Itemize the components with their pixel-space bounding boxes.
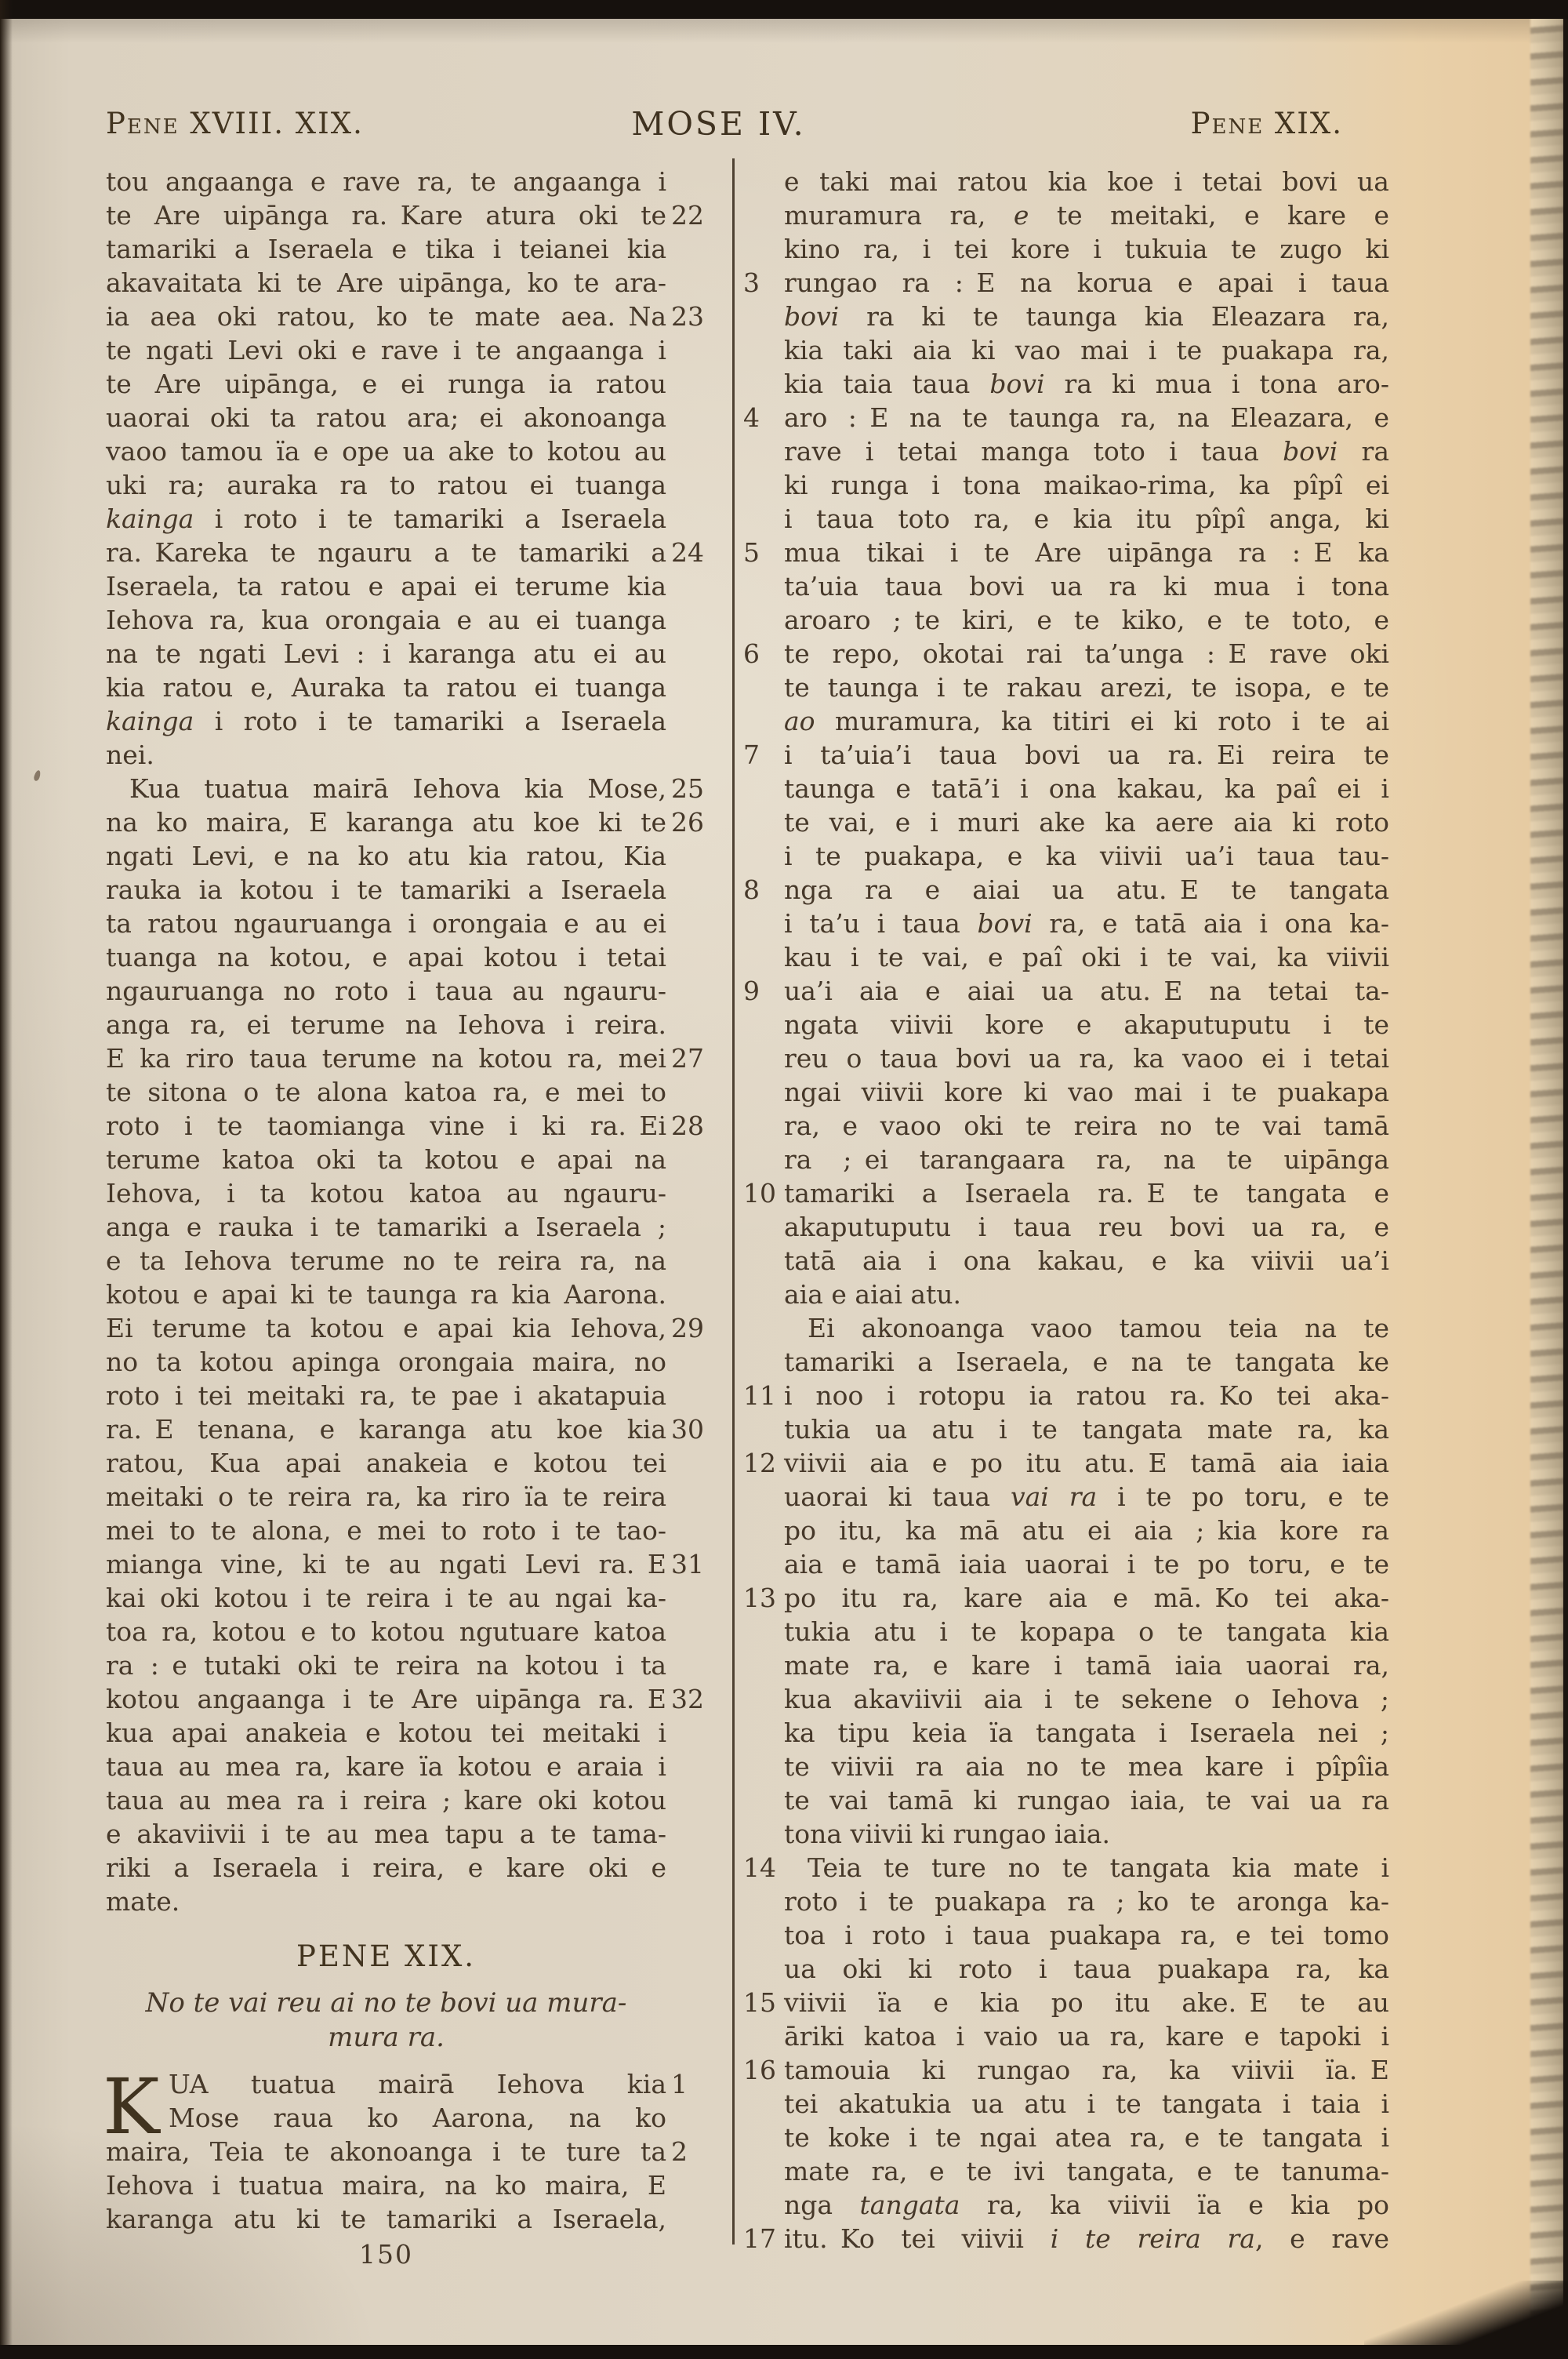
verse-line: kau i te vai, e paî oki i te vai, ka vii… — [784, 940, 1389, 974]
column-divider — [732, 158, 735, 2245]
verse-line: 23ia aea oki ratou, ko te mate aea. Na — [106, 300, 666, 333]
verse-line: ta ratou ngauruanga i orongaia e au ei — [106, 907, 666, 940]
verse-number: 27 — [671, 1041, 717, 1075]
verse-text: tamariki a Iseraela, e na te tangata ke — [784, 1347, 1389, 1377]
verse-text: aroaro ; te kiri, e te kiko, e te toto, … — [784, 605, 1389, 635]
verse-text: terume katoa oki ta kotou e apai na — [106, 1144, 666, 1175]
verse-line: e taki mai ratou kia koe i tetai bovi ua — [784, 165, 1389, 198]
verse-line: āriki katoa i vaio ua ra, kare e tapoki … — [784, 2019, 1389, 2053]
verse-line: karanga atu ki te tamariki a Iseraela, — [106, 2202, 666, 2236]
verse-line: 31mianga vine, ki te au ngati Levi ra. E — [106, 1547, 666, 1581]
verse-number: 15 — [743, 1986, 781, 2019]
verse-number: 31 — [671, 1547, 717, 1581]
verse-text: i ta’uia’i taua bovi ua ra. Ei reira te — [784, 740, 1389, 770]
verse-line: 8nga ra e aiai ua atu. E te tangata — [784, 873, 1389, 907]
verse-line: 12viivii aia e po itu atu. E tamā aia ia… — [784, 1446, 1389, 1480]
verse-text: rave i tetai manga toto i taua bovi ra — [784, 436, 1389, 467]
verse-text: kai oki kotou i te reira i te au ngai ka… — [106, 1583, 666, 1613]
verse-text: ra. Kareka te ngauru a te tamariki a — [106, 537, 666, 568]
verse-text: ki runga i tona maikao-rima, ka pîpî ei — [784, 470, 1389, 500]
verse-text: Iehova, i ta kotou katoa au ngauru- — [106, 1178, 666, 1209]
verse-text: toa ra, kotou e to kotou ngutuare katoa — [106, 1616, 666, 1647]
verse-text: akaputuputu i taua reu bovi ua ra, e — [784, 1212, 1389, 1242]
verse-text: tamouia ki rungao ra, ka viivii ïa. E — [784, 2055, 1389, 2085]
verse-line: bovi ra ki te taunga kia Eleazara ra, — [784, 300, 1389, 333]
verse-text: ta’uia taua bovi ua ra ki mua i tona — [784, 571, 1389, 602]
verse-text: anga ra, ei terume na Iehova i reira. — [106, 1009, 666, 1040]
verse-line: tamariki a Iseraela e tika i teianei kia — [106, 232, 666, 266]
verse-text: tukia ua atu i te tangata mate ra, ka — [784, 1414, 1389, 1445]
verse-line: Iehova ra, kua orongaia e au ei tuanga — [106, 603, 666, 637]
verse-number: 13 — [743, 1581, 781, 1615]
verse-line: 11i noo i rotopu ia ratou ra. Ko tei aka… — [784, 1379, 1389, 1412]
verse-line: 27E ka riro taua terume na kotou ra, mei — [106, 1041, 666, 1075]
verse-line: kino ra, i tei kore i tukuia te zugo ki — [784, 232, 1389, 266]
drop-cap-lines: 1UA tuatua mairā Iehova kiaMose raua ko … — [106, 2067, 666, 2236]
verse-line: riki a Iseraela i reira, e kare oki e — [106, 1851, 666, 1885]
right-column: e taki mai ratou kia koe i tetai bovi ua… — [784, 165, 1389, 2255]
chapter-heading: PENE XIX. — [106, 1937, 666, 1976]
verse-text: ngauruanga no roto i taua au ngauru- — [106, 976, 666, 1006]
verse-line: 32kotou angaanga i te Are uipānga ra. E — [106, 1682, 666, 1716]
verse-text: Kua tuatua mairā Iehova kia Mose, — [129, 773, 666, 804]
verse-text: te ngati Levi oki e rave i te angaanga i — [106, 335, 666, 365]
verse-text: aia e tamā iaia uaorai i te po toru, e t… — [784, 1549, 1389, 1579]
verse-number: 14 — [743, 1851, 781, 1885]
verse-text: kotou angaanga i te Are uipānga ra. E — [106, 1684, 666, 1714]
verse-text: ra ; ei tarangaara ra, na te uipānga — [784, 1144, 1389, 1175]
verse-text: Iehova i tuatua maira, na ko maira, E — [106, 2170, 666, 2201]
verse-line: 4aro : E na te taunga ra, na Eleazara, e — [784, 401, 1389, 434]
verse-text: i noo i rotopu ia ratou ra. Ko tei aka- — [784, 1380, 1389, 1411]
verse-line: Iseraela, ta ratou e apai ei terume kia — [106, 569, 666, 603]
verse-text: mate ra, e kare i tamā iaia uaorai ra, — [784, 1650, 1389, 1681]
verse-text: taunga e tatā’i i ona kakau, ka paî ei i — [784, 773, 1389, 804]
verse-text: uaorai ki taua vai ra i te po toru, e te — [784, 1481, 1389, 1512]
verse-text: Iehova ra, kua orongaia e au ei tuanga — [106, 605, 666, 635]
verse-text: aro : E na te taunga ra, na Eleazara, e — [784, 402, 1389, 433]
verse-line: ngauruanga no roto i taua au ngauru- — [106, 974, 666, 1008]
verse-number: 24 — [671, 536, 717, 569]
verse-line: roto i tei meitaki ra, te pae i akatapui… — [106, 1379, 666, 1412]
verse-line: Mose raua ko Aarona, na ko — [106, 2101, 666, 2135]
verse-text: te vai, e i muri ake ka aere aia ki roto — [784, 807, 1389, 838]
verse-number: 26 — [671, 805, 717, 839]
verse-text: mate. — [106, 1886, 180, 1917]
verse-text: mei to te alona, e mei to roto i te tao- — [106, 1515, 666, 1546]
verse-text: e ta Iehova terume no te reira ra, na — [106, 1245, 666, 1276]
verse-text: kainga i roto i te tamariki a Iseraela — [106, 706, 666, 736]
verse-text: roto i te puakapa ra ; ko te aronga ka- — [784, 1886, 1389, 1917]
verse-number: 30 — [671, 1412, 717, 1446]
right-column-verses: e taki mai ratou kia koe i tetai bovi ua… — [784, 165, 1389, 2255]
running-head-left: Pene XVIII. XIX. — [106, 104, 364, 144]
verse-line: taua au mea ra i reira ; kare oki kotou — [106, 1783, 666, 1817]
verse-number: 2 — [671, 2135, 717, 2168]
verse-text: tei akatukia ua atu i te tangata i taia … — [784, 2088, 1389, 2119]
verse-line: po itu, ka mā atu ei aia ; kia kore ra — [784, 1514, 1389, 1547]
verse-text: meitaki o te reira ra, ka riro ïa te rei… — [106, 1481, 666, 1512]
verse-line: te vai tamā ki rungao iaia, te vai ua ra — [784, 1783, 1389, 1817]
verse-text: nga ra e aiai ua atu. E te tangata — [784, 874, 1389, 905]
verse-line: i ta’u i taua bovi ra, e tatā aia i ona … — [784, 907, 1389, 940]
verse-number: 5 — [743, 536, 781, 569]
verse-text: nei. — [106, 740, 154, 770]
verse-line: no ta kotou apinga orongaia maira, no — [106, 1345, 666, 1379]
verse-line: mate. — [106, 1885, 666, 1918]
verse-text: tamariki a Iseraela ra. E te tangata e — [784, 1178, 1389, 1209]
book-fore-edge — [1530, 17, 1568, 2343]
verse-text: vaoo tamou ïa e ope ua ake to kotou au — [106, 436, 666, 467]
verse-line: terume katoa oki ta kotou e apai na — [106, 1143, 666, 1176]
verse-line: ki runga i tona maikao-rima, ka pîpî ei — [784, 468, 1389, 502]
verse-text: nga tangata ra, ka viivii ïa e kia po — [784, 2190, 1389, 2220]
verse-text: ia aea oki ratou, ko te mate aea. Na — [106, 301, 666, 332]
verse-line: Ei akonoanga vaoo tamou teia na te — [784, 1311, 1389, 1345]
verse-text: i te puakapa, e ka viivii ua’i taua tau- — [784, 841, 1389, 871]
page-number: 150 — [106, 2237, 666, 2271]
verse-number: 8 — [743, 873, 781, 907]
photo-border-right — [1563, 0, 1568, 2359]
verse-line: ao muramura, ka titiri ei ki roto i te a… — [784, 704, 1389, 738]
verse-line: 13po itu ra, kare aia e mā. Ko tei aka- — [784, 1581, 1389, 1615]
verse-line: ta’uia taua bovi ua ra ki mua i tona — [784, 569, 1389, 603]
left-column: tou angaanga e rave ra, te angaanga i22t… — [106, 165, 666, 2271]
verse-text: uaorai oki ta ratou ara; ei akonoanga — [106, 402, 666, 433]
verse-text: te Are uipānga, e ei runga ia ratou — [106, 369, 666, 399]
verse-line: 6te repo, okotai rai ta’unga : E rave ok… — [784, 637, 1389, 671]
verse-text: Ei terume ta kotou e apai kia Iehova, — [106, 1313, 666, 1343]
verse-text: Iseraela, ta ratou e apai ei terume kia — [106, 571, 666, 602]
verse-line: kainga i roto i te tamariki a Iseraela — [106, 502, 666, 536]
verse-line: mate ra, e kare i tamā iaia uaorai ra, — [784, 1648, 1389, 1682]
verse-text: tona viivii ki rungao iaia. — [784, 1819, 1110, 1849]
verse-line: ngai viivii kore ki vao mai i te puakapa — [784, 1075, 1389, 1109]
verse-line: ratou, Kua apai anakeia e kotou tei — [106, 1446, 666, 1480]
verse-text: tatā aia i ona kakau, e ka viivii ua’i — [784, 1245, 1389, 1276]
verse-text: i taua toto ra, e kia itu pîpî anga, ki — [784, 503, 1389, 534]
verse-text: taua au mea ra i reira ; kare oki kotou — [106, 1785, 666, 1816]
verse-line: ngati Levi, e na ko atu kia ratou, Kia — [106, 839, 666, 873]
verse-line: tei akatukia ua atu i te tangata i taia … — [784, 2087, 1389, 2121]
verse-number: 16 — [743, 2053, 781, 2087]
book-photo: Pene XVIII. XIX. MOSE IV. Pene XIX. tou … — [0, 0, 1568, 2359]
verse-line: 30ra. E tenana, e karanga atu koe kia — [106, 1412, 666, 1446]
verse-text: kainga i roto i te tamariki a Iseraela — [106, 503, 666, 534]
verse-line: 3rungao ra : E na korua e apai i taua — [784, 266, 1389, 300]
verse-line: ra, e vaoo oki te reira no te vai tamā — [784, 1109, 1389, 1143]
verse-line: anga e rauka i te tamariki a Iseraela ; — [106, 1210, 666, 1244]
verse-line: ngata viivii kore e akaputuputu i te — [784, 1008, 1389, 1041]
verse-line: meitaki o te reira ra, ka riro ïa te rei… — [106, 1480, 666, 1514]
verse-text: toa i roto i taua puakapa ra, e tei tomo — [784, 1920, 1389, 1950]
verse-text: kua akaviivii aia i te sekene o Iehova ; — [784, 1684, 1389, 1714]
chapter-summary-line: mura ra. — [106, 2020, 666, 2055]
verse-line: 17itu. Ko tei viivii i te reira ra, e ra… — [784, 2222, 1389, 2255]
verse-number: 12 — [743, 1446, 781, 1480]
verse-number: 1 — [671, 2067, 717, 2101]
verse-line: nei. — [106, 738, 666, 772]
running-head-right: Pene XIX. — [1191, 104, 1343, 144]
verse-line: te sitona o te alona katoa ra, e mei to — [106, 1075, 666, 1109]
verse-text: te Are uipānga ra. Kare atura oki te — [106, 200, 666, 231]
verse-text: kotou e apai ki te taunga ra kia Aarona. — [106, 1279, 666, 1310]
verse-line: te taunga i te rakau arezi, te isopa, e … — [784, 671, 1389, 704]
verse-text: kia taki aia ki vao mai i te puakapa ra, — [784, 335, 1389, 365]
verse-text: kau i te vai, e paî oki i te vai, ka vii… — [784, 942, 1389, 972]
verse-line: Iehova i tuatua maira, na ko maira, E — [106, 2168, 666, 2202]
verse-number: 6 — [743, 637, 781, 671]
verse-text: te koke i te ngai atea ra, e te tangata … — [784, 2122, 1389, 2153]
verse-line: rave i tetai manga toto i taua bovi ra — [784, 434, 1389, 468]
verse-line: kia ratou e, Auraka ta ratou ei tuanga — [106, 671, 666, 704]
verse-text: te vai tamā ki rungao iaia, te vai ua ra — [784, 1785, 1389, 1816]
verse-line: tona viivii ki rungao iaia. — [784, 1817, 1389, 1851]
verse-text: muramura ra, e te meitaki, e kare e — [784, 200, 1389, 231]
verse-text: mua tikai i te Are uipānga ra : E ka — [784, 537, 1389, 568]
verse-text: tou angaanga e rave ra, te angaanga i — [106, 166, 666, 197]
verse-text: kia ratou e, Auraka ta ratou ei tuanga — [106, 672, 666, 703]
verse-text: na ko maira, E karanga atu koe ki te — [106, 807, 666, 838]
verse-line: te Are uipānga, e ei runga ia ratou — [106, 367, 666, 401]
left-column-verses: tou angaanga e rave ra, te angaanga i22t… — [106, 165, 666, 1918]
verse-line: 25Kua tuatua mairā Iehova kia Mose, — [106, 772, 666, 805]
verse-line: reu o taua bovi ua ra, ka vaoo ei i teta… — [784, 1041, 1389, 1075]
verse-text: i ta’u i taua bovi ra, e tatā aia i ona … — [784, 908, 1389, 939]
verse-line: i te puakapa, e ka viivii ua’i taua tau- — [784, 839, 1389, 873]
verse-number: 10 — [743, 1176, 781, 1210]
verse-number: 4 — [743, 401, 781, 434]
verse-line: kainga i roto i te tamariki a Iseraela — [106, 704, 666, 738]
verse-line: tukia atu i te kopapa o te tangata kia — [784, 1615, 1389, 1648]
photo-border-top — [0, 0, 1568, 19]
verse-number: 25 — [671, 772, 717, 805]
verse-line: 22te Are uipānga ra. Kare atura oki te — [106, 198, 666, 232]
verse-line: aroaro ; te kiri, e te kiko, e te toto, … — [784, 603, 1389, 637]
verse-number: 11 — [743, 1379, 781, 1412]
chapter-summary-line: No te vai reu ai no te bovi ua mura- — [106, 1986, 666, 2020]
verse-text: uki ra; auraka ra to ratou ei tuanga — [106, 470, 666, 500]
verse-text: E ka riro taua terume na kotou ra, mei — [106, 1043, 666, 1074]
verse-line: akaputuputu i taua reu bovi ua ra, e — [784, 1210, 1389, 1244]
verse-text: te viivii ra aia no te mea kare i pîpîia — [784, 1751, 1389, 1782]
verse-text: po itu, ka mā atu ei aia ; kia kore ra — [784, 1515, 1389, 1546]
verse-line: taua au mea ra, kare ïa kotou e araia i — [106, 1750, 666, 1783]
verse-text: ratou, Kua apai anakeia e kotou tei — [106, 1448, 666, 1478]
page-header: Pene XVIII. XIX. MOSE IV. Pene XIX. — [106, 104, 1386, 144]
verse-line: 14Teia te ture no te tangata kia mate i — [784, 1851, 1389, 1885]
verse-line: anga ra, ei terume na Iehova i reira. — [106, 1008, 666, 1041]
verse-text: ka tipu keia ïa tangata i Iseraela nei ; — [784, 1717, 1389, 1748]
verse-text: rauka ia kotou i te tamariki a Iseraela — [106, 874, 666, 905]
verse-line: 26na ko maira, E karanga atu koe ki te — [106, 805, 666, 839]
verse-line: kua apai anakeia e kotou tei meitaki i — [106, 1716, 666, 1750]
verse-line: mei to te alona, e mei to roto i te tao- — [106, 1514, 666, 1547]
verse-text: te taunga i te rakau arezi, te isopa, e … — [784, 672, 1389, 703]
verse-text: anga e rauka i te tamariki a Iseraela ; — [106, 1212, 666, 1242]
verse-text: te sitona o te alona katoa ra, e mei to — [106, 1077, 666, 1107]
verse-line: nga tangata ra, ka viivii ïa e kia po — [784, 2188, 1389, 2222]
verse-text: na te ngati Levi : i karanga atu ei au — [106, 638, 666, 669]
verse-text: kia taia taua bovi ra ki mua i tona aro- — [784, 369, 1389, 399]
verse-line: 16tamouia ki rungao ra, ka viivii ïa. E — [784, 2053, 1389, 2087]
verse-text: e taki mai ratou kia koe i tetai bovi ua — [784, 166, 1389, 197]
verse-line: tuanga na kotou, e apai kotou i tetai — [106, 940, 666, 974]
verse-line: ra ; ei tarangaara ra, na te uipānga — [784, 1143, 1389, 1176]
verse-text: akavaitata ki te Are uipānga, ko te ara- — [106, 267, 666, 298]
verse-number: 22 — [671, 198, 717, 232]
verse-line: e ta Iehova terume no te reira ra, na — [106, 1244, 666, 1278]
verse-line: tou angaanga e rave ra, te angaanga i — [106, 165, 666, 198]
verse-line: te viivii ra aia no te mea kare i pîpîia — [784, 1750, 1389, 1783]
chapter-summary: No te vai reu ai no te bovi ua mura- mur… — [106, 1986, 666, 2055]
verse-line: ua oki ki roto i taua puakapa ra, ka — [784, 1952, 1389, 1986]
verse-text: ngati Levi, e na ko atu kia ratou, Kia — [106, 841, 666, 871]
verse-text: ra. E tenana, e karanga atu koe kia — [106, 1414, 666, 1445]
verse-text: Mose raua ko Aarona, na ko — [169, 2103, 666, 2133]
verse-line: aia e tamā iaia uaorai i te po toru, e t… — [784, 1547, 1389, 1581]
photo-border-left — [0, 0, 13, 2359]
verse-text: Ei akonoanga vaoo tamou teia na te — [808, 1313, 1389, 1343]
verse-text: roto i tei meitaki ra, te pae i akatapui… — [106, 1380, 666, 1411]
verse-line: te vai, e i muri ake ka aere aia ki roto — [784, 805, 1389, 839]
verse-text: karanga atu ki te tamariki a Iseraela, — [106, 2204, 666, 2234]
verse-line: tamariki a Iseraela, e na te tangata ke — [784, 1345, 1389, 1379]
verse-text: Teia te ture no te tangata kia mate i — [808, 1852, 1389, 1883]
verse-text: reu o taua bovi ua ra, ka vaoo ei i teta… — [784, 1043, 1389, 1074]
photo-border-bottom — [0, 2345, 1568, 2359]
verse-line: 15viivii ïa e kia po itu ake. E te au — [784, 1986, 1389, 2019]
verse-text: ua’i aia e aiai ua atu. E na tetai ta- — [784, 976, 1389, 1006]
verse-text: ra, e vaoo oki te reira no te vai tamā — [784, 1110, 1389, 1141]
verse-text: maira, Teia te akonoanga i te ture ta — [106, 2136, 666, 2167]
verse-line: toa ra, kotou e to kotou ngutuare katoa — [106, 1615, 666, 1648]
verse-text: tukia atu i te kopapa o te tangata kia — [784, 1616, 1389, 1647]
verse-line: 2maira, Teia te akonoanga i te ture ta — [106, 2135, 666, 2168]
verse-number: 29 — [671, 1311, 717, 1345]
verse-line: kotou e apai ki te taunga ra kia Aarona. — [106, 1278, 666, 1311]
verse-line: 24ra. Kareka te ngauru a te tamariki a — [106, 536, 666, 569]
verse-line: ra : e tutaki oki te reira na kotou i ta — [106, 1648, 666, 1682]
verse-text: no ta kotou apinga orongaia maira, no — [106, 1347, 666, 1377]
verse-number: 17 — [743, 2222, 781, 2255]
verse-text: te repo, okotai rai ta’unga : E rave oki — [784, 638, 1389, 669]
verse-line: te koke i te ngai atea ra, e te tangata … — [784, 2121, 1389, 2154]
verse-text: ta ratou ngauruanga i orongaia e au ei — [106, 908, 666, 939]
verse-line: kia taia taua bovi ra ki mua i tona aro- — [784, 367, 1389, 401]
verse-line: muramura ra, e te meitaki, e kare e — [784, 198, 1389, 232]
verse-line: 9ua’i aia e aiai ua atu. E na tetai ta- — [784, 974, 1389, 1008]
verse-text: UA tuatua mairā Iehova kia — [169, 2069, 666, 2099]
verse-text: ua oki ki roto i taua puakapa ra, ka — [784, 1954, 1389, 1984]
verse-line: 29Ei terume ta kotou e apai kia Iehova, — [106, 1311, 666, 1345]
verse-number: 32 — [671, 1682, 717, 1716]
verse-text: taua au mea ra, kare ïa kotou e araia i — [106, 1751, 666, 1782]
verse-line: vaoo tamou ïa e ope ua ake to kotou au — [106, 434, 666, 468]
verse-line: aia e aiai atu. — [784, 1278, 1389, 1311]
verse-text: kino ra, i tei kore i tukuia te zugo ki — [784, 234, 1389, 264]
verse-line: uki ra; auraka ra to ratou ei tuanga — [106, 468, 666, 502]
verse-text: viivii ïa e kia po itu ake. E te au — [784, 1987, 1389, 2018]
verse-text: mate ra, e te ivi tangata, e te tanuma- — [784, 2156, 1389, 2186]
verse-line: ka tipu keia ïa tangata i Iseraela nei ; — [784, 1716, 1389, 1750]
page-title: MOSE IV. — [631, 104, 805, 144]
verse-line: 1UA tuatua mairā Iehova kia — [106, 2067, 666, 2101]
verse-number: 9 — [743, 974, 781, 1008]
verse-line: te ngati Levi oki e rave i te angaanga i — [106, 333, 666, 367]
verse-line: na te ngati Levi : i karanga atu ei au — [106, 637, 666, 671]
verse-line: uaorai oki ta ratou ara; ei akonoanga — [106, 401, 666, 434]
verse-line: i taua toto ra, e kia itu pîpî anga, ki — [784, 502, 1389, 536]
verse-line: kua akaviivii aia i te sekene o Iehova ; — [784, 1682, 1389, 1716]
verse-text: riki a Iseraela i reira, e kare oki e — [106, 1852, 666, 1883]
verse-line: roto i te puakapa ra ; ko te aronga ka- — [784, 1885, 1389, 1918]
verse-line: e akaviivii i te au mea tapu a te tama- — [106, 1817, 666, 1851]
verse-text: tuanga na kotou, e apai kotou i tetai — [106, 942, 666, 972]
verse-text: ao muramura, ka titiri ei ki roto i te a… — [784, 706, 1389, 736]
verse-text: rungao ra : E na korua e apai i taua — [784, 267, 1389, 298]
verse-text: āriki katoa i vaio ua ra, kare e tapoki … — [784, 2021, 1389, 2052]
verse-text: aia e aiai atu. — [784, 1279, 961, 1310]
verse-line: toa i roto i taua puakapa ra, e tei tomo — [784, 1918, 1389, 1952]
verse-line: uaorai ki taua vai ra i te po toru, e te — [784, 1480, 1389, 1514]
verse-line: kai oki kotou i te reira i te au ngai ka… — [106, 1581, 666, 1615]
verse-number: 7 — [743, 738, 781, 772]
verse-number: 23 — [671, 300, 717, 333]
verse-line: mate ra, e te ivi tangata, e te tanuma- — [784, 2154, 1389, 2188]
verse-text: po itu ra, kare aia e mā. Ko tei aka- — [784, 1583, 1389, 1613]
verse-line: tatā aia i ona kakau, e ka viivii ua’i — [784, 1244, 1389, 1278]
verse-line: 28roto i te taomianga vine i ki ra. Ei — [106, 1109, 666, 1143]
verse-line: taunga e tatā’i i ona kakau, ka paî ei i — [784, 772, 1389, 805]
verse-text: itu. Ko tei viivii i te reira ra, e rave — [784, 2223, 1389, 2254]
verse-text: bovi ra ki te taunga kia Eleazara ra, — [784, 301, 1389, 332]
verse-line: kia taki aia ki vao mai i te puakapa ra, — [784, 333, 1389, 367]
verse-line: 7i ta’uia’i taua bovi ua ra. Ei reira te — [784, 738, 1389, 772]
verse-line: 10tamariki a Iseraela ra. E te tangata e — [784, 1176, 1389, 1210]
verse-text: e akaviivii i te au mea tapu a te tama- — [106, 1819, 666, 1849]
verse-number: 3 — [743, 266, 781, 300]
verse-text: ngai viivii kore ki vao mai i te puakapa — [784, 1077, 1389, 1107]
verse-text: tamariki a Iseraela e tika i teianei kia — [106, 234, 666, 264]
chapter-opening-paragraph: K 1UA tuatua mairā Iehova kiaMose raua k… — [106, 2067, 666, 2236]
verse-line: akavaitata ki te Are uipānga, ko te ara- — [106, 266, 666, 300]
verse-text: viivii aia e po itu atu. E tamā aia iaia — [784, 1448, 1389, 1478]
verse-line: Iehova, i ta kotou katoa au ngauru- — [106, 1176, 666, 1210]
verse-text: kua apai anakeia e kotou tei meitaki i — [106, 1717, 666, 1748]
verse-text: mianga vine, ki te au ngati Levi ra. E — [106, 1549, 666, 1579]
verse-text: ra : e tutaki oki te reira na kotou i ta — [106, 1650, 666, 1681]
verse-text: ngata viivii kore e akaputuputu i te — [784, 1009, 1389, 1040]
verse-line: 5mua tikai i te Are uipānga ra : E ka — [784, 536, 1389, 569]
verse-text: roto i te taomianga vine i ki ra. Ei — [106, 1110, 666, 1141]
verse-line: rauka ia kotou i te tamariki a Iseraela — [106, 873, 666, 907]
verse-line: tukia ua atu i te tangata mate ra, ka — [784, 1412, 1389, 1446]
verse-number: 28 — [671, 1109, 717, 1143]
